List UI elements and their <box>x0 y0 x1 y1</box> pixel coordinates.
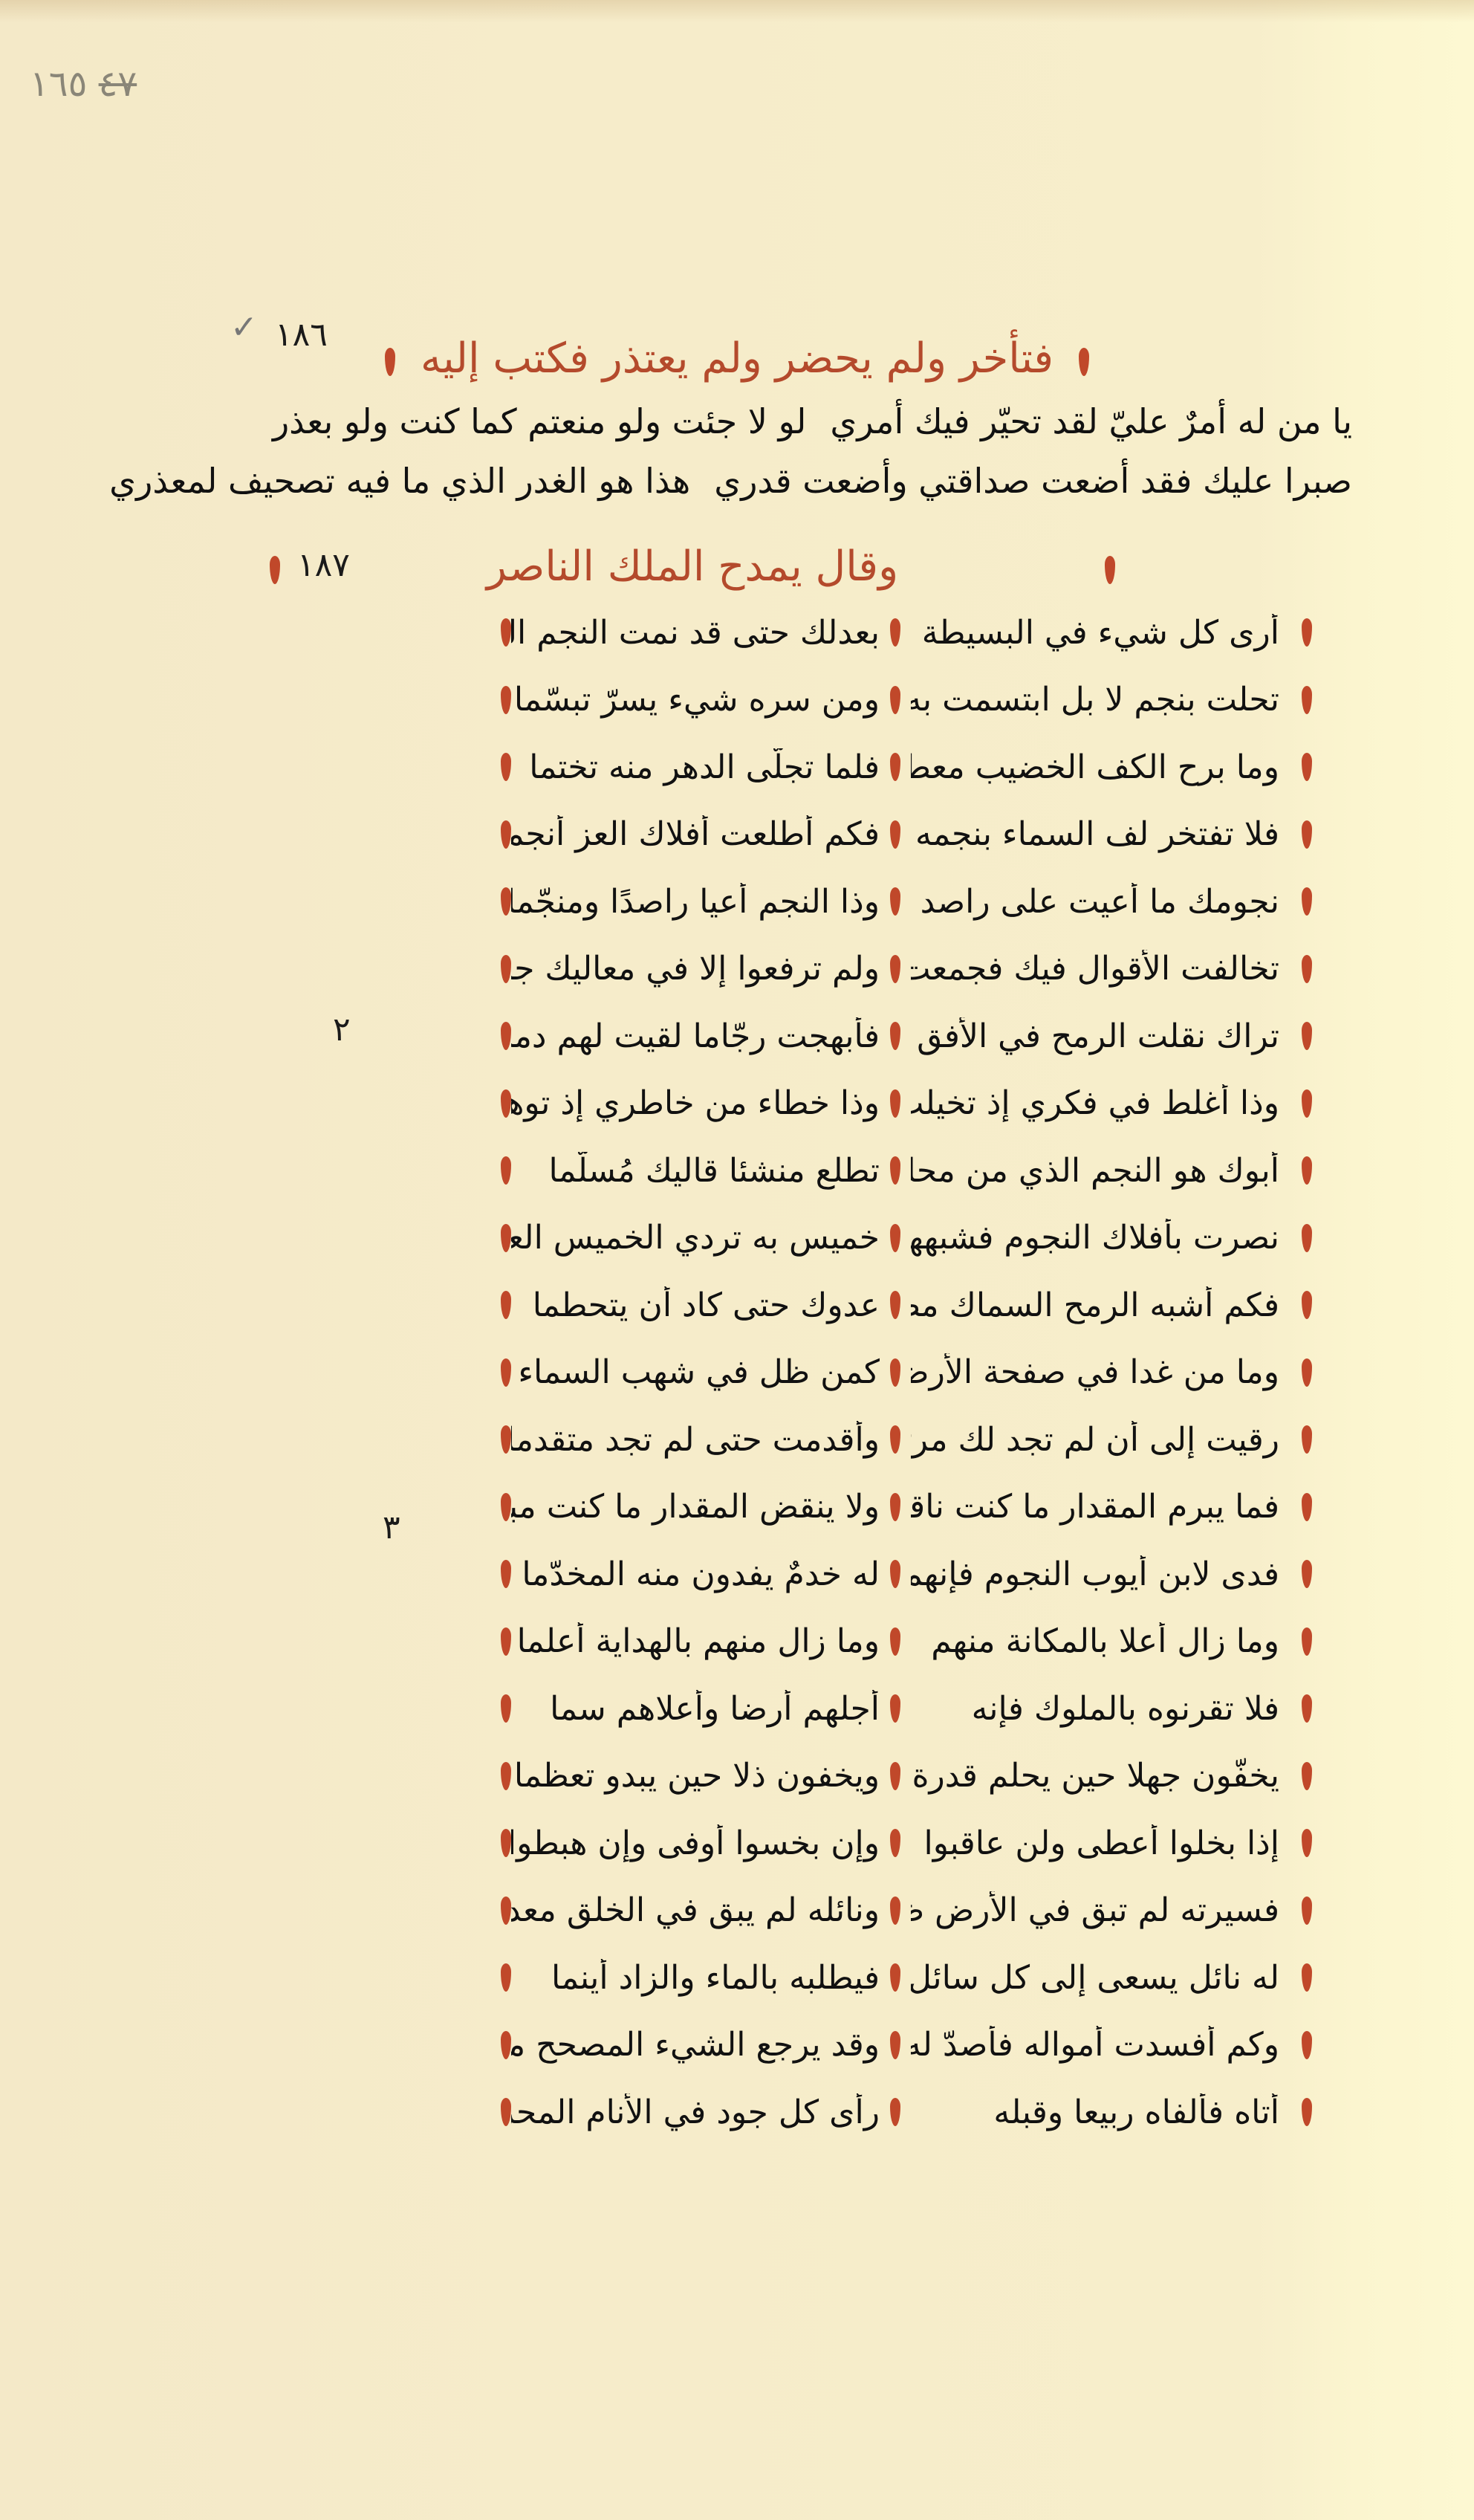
folio-number-value: ١٦٥ <box>30 63 87 105</box>
verse-marker-icon <box>890 753 900 781</box>
prose-hemistich-left: هذا هو الغدر الذي ما فيه تصحيف لمعذري <box>109 461 690 501</box>
verse-marker-icon <box>501 1358 511 1387</box>
verse-marker-icon <box>1302 753 1312 781</box>
verse-marker-icon <box>501 1694 511 1723</box>
hemistich-second: وأقدمت حتى لم تجد متقدما <box>511 1421 880 1459</box>
hemistich-first: فلا تفتخر لف السماء بنجمه <box>911 815 1279 853</box>
hemistich-first: تراك نقلت الرمح في الأفق راكضا <box>911 1017 1279 1055</box>
rubric-heading-1: فتأخر ولم يحضر ولم يعتذر فكتب إليه <box>0 338 1474 380</box>
hemistich-second: رأى كل جود في الأنام المحرما <box>511 2093 880 2131</box>
verse-marker-icon <box>1302 686 1312 714</box>
verse-marker-icon <box>501 887 511 916</box>
margin-line-number: ٣ <box>383 1509 400 1546</box>
verse-marker-icon <box>501 1224 511 1252</box>
prose-hemistich-left: لو لا جئت ولو منعتم كما كنت ولو بعذر <box>273 401 806 441</box>
verse-line: رقيت إلى أن لم تجد لك مرتقىوأقدمت حتى لم… <box>490 1406 1322 1474</box>
hemistich-second: ولا ينقض المقدار ما كنت مبرما <box>511 1488 880 1526</box>
hemistich-second: وذا خطاء من خاطري إذ توهما <box>511 1084 880 1122</box>
prose-hemistich-right: يا من له أمرٌ عليّ لقد تحيّر فيك أمري <box>830 401 1352 441</box>
verse-marker-icon <box>890 1224 900 1252</box>
verse-line: فكم أشبه الرمح السماك مطاعناعدوك حتى كاد… <box>490 1272 1322 1339</box>
hemistich-first: فما يبرم المقدار ما كنت ناقضا <box>911 1488 1279 1526</box>
hemistich-second: خميس به تردي الخميس العرمرما <box>511 1219 880 1257</box>
hemistich-second: ومن سره شيء يسرّ تبسّما <box>511 681 880 719</box>
hemistich-second: فكم أطلعت أفلاك العز أنجما <box>511 815 880 853</box>
verse-marker-icon <box>890 2031 900 2059</box>
verse-marker-icon <box>501 1493 511 1521</box>
verse-marker-icon <box>501 1560 511 1588</box>
verse-marker-icon <box>1302 1291 1312 1319</box>
hemistich-first: إذا بخلوا أعطى ولن عاقبوا عفا <box>911 1824 1279 1862</box>
verse-marker-icon <box>1302 1022 1312 1050</box>
verse-line: نصرت بأفلاك النجوم فشبههاخميس به تردي ال… <box>490 1205 1322 1272</box>
hemistich-first: وكم أفسدت أمواله فأصدّ له <box>911 2026 1279 2064</box>
verse-marker-icon <box>890 1829 900 1857</box>
hemistich-first: تحلت بنجم لا بل ابتسمت به <box>911 681 1279 719</box>
verse-marker-icon <box>1302 2031 1312 2059</box>
verse-marker-icon <box>1302 1493 1312 1521</box>
hemistich-second: فيطلبه بالماء والزاد أينما <box>511 1959 880 1997</box>
hemistich-first: فلا تقرنوه بالملوك فإنه <box>911 1690 1279 1728</box>
verse-marker-icon <box>1302 1627 1312 1656</box>
verse-marker-icon <box>501 1089 511 1118</box>
verse-marker-icon <box>1302 1560 1312 1588</box>
verse-marker-icon <box>1302 955 1312 983</box>
verse-marker-icon <box>501 1156 511 1185</box>
verse-marker-icon <box>890 1358 900 1387</box>
verse-marker-icon <box>890 1897 900 1925</box>
verse-marker-icon <box>501 1963 511 1992</box>
verse-line: تحلت بنجم لا بل ابتسمت بهومن سره شيء يسر… <box>490 667 1322 734</box>
verse-marker-icon <box>501 1762 511 1790</box>
verse-marker-icon <box>501 618 511 647</box>
prose-line: صبرا عليك فقد أضعت صداقتي وأضعت قدري هذا… <box>416 461 1352 501</box>
rubric-text: فتأخر ولم يحضر ولم يعتذر فكتب إليه <box>421 334 1053 383</box>
hemistich-first: وذا أغلط في فكري إذ تخيلت <box>911 1084 1279 1122</box>
verse-marker-icon <box>501 1022 511 1050</box>
verse-marker-icon <box>501 1897 511 1925</box>
verse-marker-icon <box>890 1694 900 1723</box>
hemistich-first: فدى لابن أيوب النجوم فإنهم <box>911 1555 1279 1593</box>
verse-marker-icon <box>890 1963 900 1992</box>
verse-marker-icon <box>501 1291 511 1319</box>
verse-line: له نائل يسعى إلى كل سائلفيطلبه بالماء وا… <box>490 1944 1322 2012</box>
margin-line-number: ٢ <box>333 1011 351 1049</box>
verse-marker-icon <box>890 1291 900 1319</box>
verse-marker-icon <box>1302 1694 1312 1723</box>
verse-line: وما زال أعلا بالمكانة منهموما زال منهم ب… <box>490 1608 1322 1676</box>
rubric-text: وقال يمدح الملك الناصر <box>487 542 898 591</box>
verse-marker-icon <box>1302 820 1312 849</box>
hemistich-first: وما زال أعلا بالمكانة منهم <box>911 1622 1279 1660</box>
hemistich-second: وما زال منهم بالهداية أعلما <box>511 1622 880 1660</box>
struck-folio-number: ٤٧ <box>99 63 137 105</box>
verse-marker-icon <box>1105 556 1115 584</box>
verse-marker-icon <box>501 2098 511 2126</box>
hemistich-second: ويخفون ذلا حين يبدو تعظما <box>511 1757 880 1795</box>
verse-line: نجومك ما أعيت على راصد لهاوذا النجم أعيا… <box>490 868 1322 936</box>
verse-marker-icon <box>1302 618 1312 647</box>
verse-marker-icon <box>890 1089 900 1118</box>
hemistich-first: أتاه فألفاه ربيعا وقبله <box>911 2093 1279 2131</box>
verse-marker-icon <box>1302 1358 1312 1387</box>
verse-line: فسيرته لم تبق في الأرض ظالماونائله لم يب… <box>490 1877 1322 1945</box>
verse-marker-icon <box>890 887 900 916</box>
hemistich-second: فأبهجت رجّاما لقيت لهم دما <box>511 1017 880 1055</box>
hemistich-first: أرى كل شيء في البسيطة قد يمي <box>911 614 1279 652</box>
hemistich-second: تطلع منشئا قاليك مُسلّما <box>511 1152 880 1190</box>
prose-line: يا من له أمرٌ عليّ لقد تحيّر فيك أمري لو… <box>416 401 1352 441</box>
verse-marker-icon <box>1302 2098 1312 2126</box>
verse-marker-icon <box>501 1829 511 1857</box>
verse-marker-icon <box>501 753 511 781</box>
hemistich-first: يخفّون جهلا حين يحلم قدرة <box>911 1757 1279 1795</box>
verse-marker-icon <box>890 1762 900 1790</box>
verse-marker-icon <box>890 1156 900 1185</box>
hemistich-second: له خدمٌ يفدون منه المخدّما <box>511 1555 880 1593</box>
folio-number: ٤٧ ١٦٥ <box>30 63 155 105</box>
verse-marker-icon <box>890 2098 900 2126</box>
verse-line: وكم أفسدت أمواله فأصدّ لهوقد يرجع الشيء … <box>490 2012 1322 2079</box>
verse-marker-icon <box>1079 348 1089 376</box>
verse-marker-icon <box>1302 1897 1312 1925</box>
verse-marker-icon <box>1302 1425 1312 1454</box>
verse-line: أتاه فألفاه ربيعا وقبلهرأى كل جود في الأ… <box>490 2079 1322 2146</box>
hemistich-first: وما برح الكف الخضيب معطلا <box>911 748 1279 786</box>
verse-marker-icon <box>385 348 395 376</box>
hemistich-first: فكم أشبه الرمح السماك مطاعنا <box>911 1286 1279 1324</box>
verse-marker-icon <box>501 955 511 983</box>
hemistich-second: ونائله لم يبق في الخلق معدما <box>511 1891 880 1929</box>
poem-verses: أرى كل شيء في البسيطة قد يميبعدلك حتى قد… <box>490 599 1322 2146</box>
verse-marker-icon <box>1302 1829 1312 1857</box>
hemistich-second: ولم ترفعوا إلا في معاليك جمجما <box>511 950 880 988</box>
hemistich-second: عدوك حتى كاد أن يتحطما <box>511 1286 880 1324</box>
verse-marker-icon <box>501 820 511 849</box>
verse-marker-icon <box>1302 887 1312 916</box>
verse-marker-icon <box>890 1425 900 1454</box>
prose-hemistich-right: صبرا عليك فقد أضعت صداقتي وأضعت قدري <box>714 461 1352 501</box>
verse-line: وذا أغلط في فكري إذ تخيلتوذا خطاء من خاط… <box>490 1070 1322 1138</box>
hemistich-second: أجلهم أرضا وأعلاهم سما <box>511 1690 880 1728</box>
hemistich-first: له نائل يسعى إلى كل سائل <box>911 1959 1279 1997</box>
verse-marker-icon <box>890 1560 900 1588</box>
hemistich-second: بعدلك حتى قد نمت النجم السما <box>511 614 880 652</box>
verse-marker-icon <box>890 686 900 714</box>
verse-line: يخفّون جهلا حين يحلم قدرةويخفون ذلا حين … <box>490 1743 1322 1810</box>
hemistich-second: كمن ظل في شهب السماء محكما <box>511 1353 880 1391</box>
verse-marker-icon <box>1302 1224 1312 1252</box>
hemistich-first: نجومك ما أعيت على راصد لها <box>911 883 1279 921</box>
verse-line: إذا بخلوا أعطى ولن عاقبوا عفاوإن بخسوا أ… <box>490 1810 1322 1877</box>
verse-line: فما يبرم المقدار ما كنت ناقضاولا ينقض ال… <box>490 1474 1322 1541</box>
verse-marker-icon <box>501 2031 511 2059</box>
verse-marker-icon <box>501 1425 511 1454</box>
verse-marker-icon <box>890 820 900 849</box>
verse-marker-icon <box>890 1493 900 1521</box>
hemistich-first: وما من غدا في صفحة الأرض حاكما <box>911 1353 1279 1391</box>
verse-line: وما من غدا في صفحة الأرض حاكماكمن ظل في … <box>490 1339 1322 1407</box>
verse-marker-icon <box>501 686 511 714</box>
verse-marker-icon <box>270 556 280 584</box>
verse-marker-icon <box>1302 1089 1312 1118</box>
verse-line: فلا تفتخر لف السماء بنجمهفكم أطلعت أفلاك… <box>490 801 1322 869</box>
hemistich-second: فلما تجلّى الدهر منه تختما <box>511 748 880 786</box>
verse-line: أبوك هو النجم الذي من محلهتطلع منشئا قال… <box>490 1137 1322 1205</box>
hemistich-first: رقيت إلى أن لم تجد لك مرتقى <box>911 1421 1279 1459</box>
verse-marker-icon <box>1302 1963 1312 1992</box>
verse-marker-icon <box>890 618 900 647</box>
hemistich-second: وذا النجم أعيا راصدًا ومنجّما <box>511 883 880 921</box>
verse-marker-icon <box>890 955 900 983</box>
hemistich-first: تخالفت الأقوال فيك فجمعت <box>911 950 1279 988</box>
hemistich-first: فسيرته لم تبق في الأرض ظالما <box>911 1891 1279 1929</box>
verse-marker-icon <box>890 1022 900 1050</box>
rubric-heading-2: وقال يمدح الملك الناصر <box>0 546 1429 588</box>
verse-marker-icon <box>1302 1762 1312 1790</box>
verse-line: أرى كل شيء في البسيطة قد يميبعدلك حتى قد… <box>490 599 1322 667</box>
page-edge-stain <box>0 0 1474 22</box>
verse-line: فلا تقرنوه بالملوك فإنهأجلهم أرضا وأعلاه… <box>490 1675 1322 1743</box>
verse-marker-icon <box>1302 1156 1312 1185</box>
hemistich-second: وإن بخسوا أوفى وإن هبطوا سما <box>511 1824 880 1862</box>
verse-line: وما برح الكف الخضيب معطلافلما تجلّى الده… <box>490 733 1322 801</box>
verse-marker-icon <box>501 1627 511 1656</box>
hemistich-first: نصرت بأفلاك النجوم فشبهها <box>911 1219 1279 1257</box>
verse-line: فدى لابن أيوب النجوم فإنهمله خدمٌ يفدون … <box>490 1541 1322 1608</box>
verse-line: تخالفت الأقوال فيك فجمعتولم ترفعوا إلا ف… <box>490 936 1322 1003</box>
verse-marker-icon <box>890 1627 900 1656</box>
hemistich-second: وقد يرجع الشيء المصحح مسقما <box>511 2026 880 2064</box>
hemistich-first: أبوك هو النجم الذي من محله <box>911 1152 1279 1190</box>
verse-line: تراك نقلت الرمح في الأفق راكضافأبهجت رجّ… <box>490 1003 1322 1070</box>
